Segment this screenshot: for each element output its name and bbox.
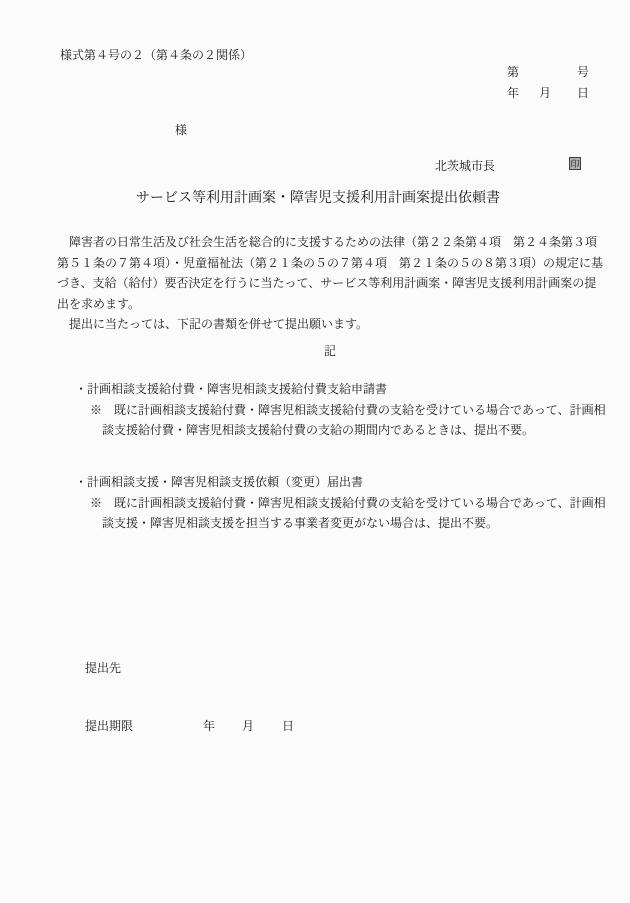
attachment-item-2: ・計画相談支援・障害児相談支援依頼（変更）届出書 ※ 既に計画相談支援給付費・障… xyxy=(57,472,597,534)
submit-to-label: 提出先 xyxy=(85,662,121,674)
issue-date-year-label: 年 xyxy=(507,87,519,99)
item-note-line-1: ※ 既に計画相談支援給付費・障害児相談支援給付費の支給を受けている場合であって、… xyxy=(57,493,597,514)
document-title: サービス等利用計画案・障害児支援利用計画案提出依頼書 xyxy=(57,192,579,206)
document-page: 様式第４号の２（第４条の２関係） 第 号 年 月 日 様 北茨城市長 印 サービ… xyxy=(0,0,630,903)
seal-icon: 印 xyxy=(569,157,581,170)
body-paragraph: 障害者の日常生活及び社会生活を総合的に支援するための法律（第２２条第４項 第２４… xyxy=(57,232,587,335)
sender-title: 北茨城市長 xyxy=(435,160,495,172)
body-line: 第５１条の７第４項）・児童福祉法（第２１条の５の７第４項 第２１条の５の８第３項… xyxy=(57,253,587,274)
body-line: 出を求めます。 xyxy=(57,294,587,315)
item-note-line-2: 談支援・障害児相談支援を担当する事業者変更がない場合は、提出不要。 xyxy=(57,513,597,534)
item-title: ・計画相談支援給付費・障害児相談支援給付費支給申請書 xyxy=(57,379,597,400)
body-line: 障害者の日常生活及び社会生活を総合的に支援するための法律（第２２条第４項 第２４… xyxy=(57,232,587,253)
deadline-year-label: 年 xyxy=(203,720,215,732)
attachment-item-1: ・計画相談支援給付費・障害児相談支援給付費支給申請書 ※ 既に計画相談支援給付費… xyxy=(57,379,597,441)
body-line: づき、支給（給付）要否決定を行うに当たって、サービス等利用計画案・障害児支援利用… xyxy=(57,273,587,294)
item-note-line-2: 談支援給付費・障害児相談支援給付費の支給の期間内であるときは、提出不要。 xyxy=(57,420,597,441)
item-note-line-1: ※ 既に計画相談支援給付費・障害児相談支援給付費の支給を受けている場合であって、… xyxy=(57,400,597,421)
item-title: ・計画相談支援・障害児相談支援依頼（変更）届出書 xyxy=(57,472,597,493)
notation-marker: 記 xyxy=(70,345,590,357)
doc-number-prefix-label: 第 xyxy=(507,66,519,78)
addressee-honorific: 様 xyxy=(175,124,187,136)
issue-date-month-label: 月 xyxy=(539,87,551,99)
deadline-month-label: 月 xyxy=(242,720,254,732)
form-number: 様式第４号の２（第４条の２関係） xyxy=(60,49,252,61)
deadline-day-label: 日 xyxy=(282,720,294,732)
deadline-label: 提出期限 xyxy=(85,720,133,732)
body-line: 提出に当たっては、下記の書類を併せて提出願います。 xyxy=(57,314,587,335)
issue-date-day-label: 日 xyxy=(577,87,589,99)
doc-number-suffix-label: 号 xyxy=(577,66,589,78)
